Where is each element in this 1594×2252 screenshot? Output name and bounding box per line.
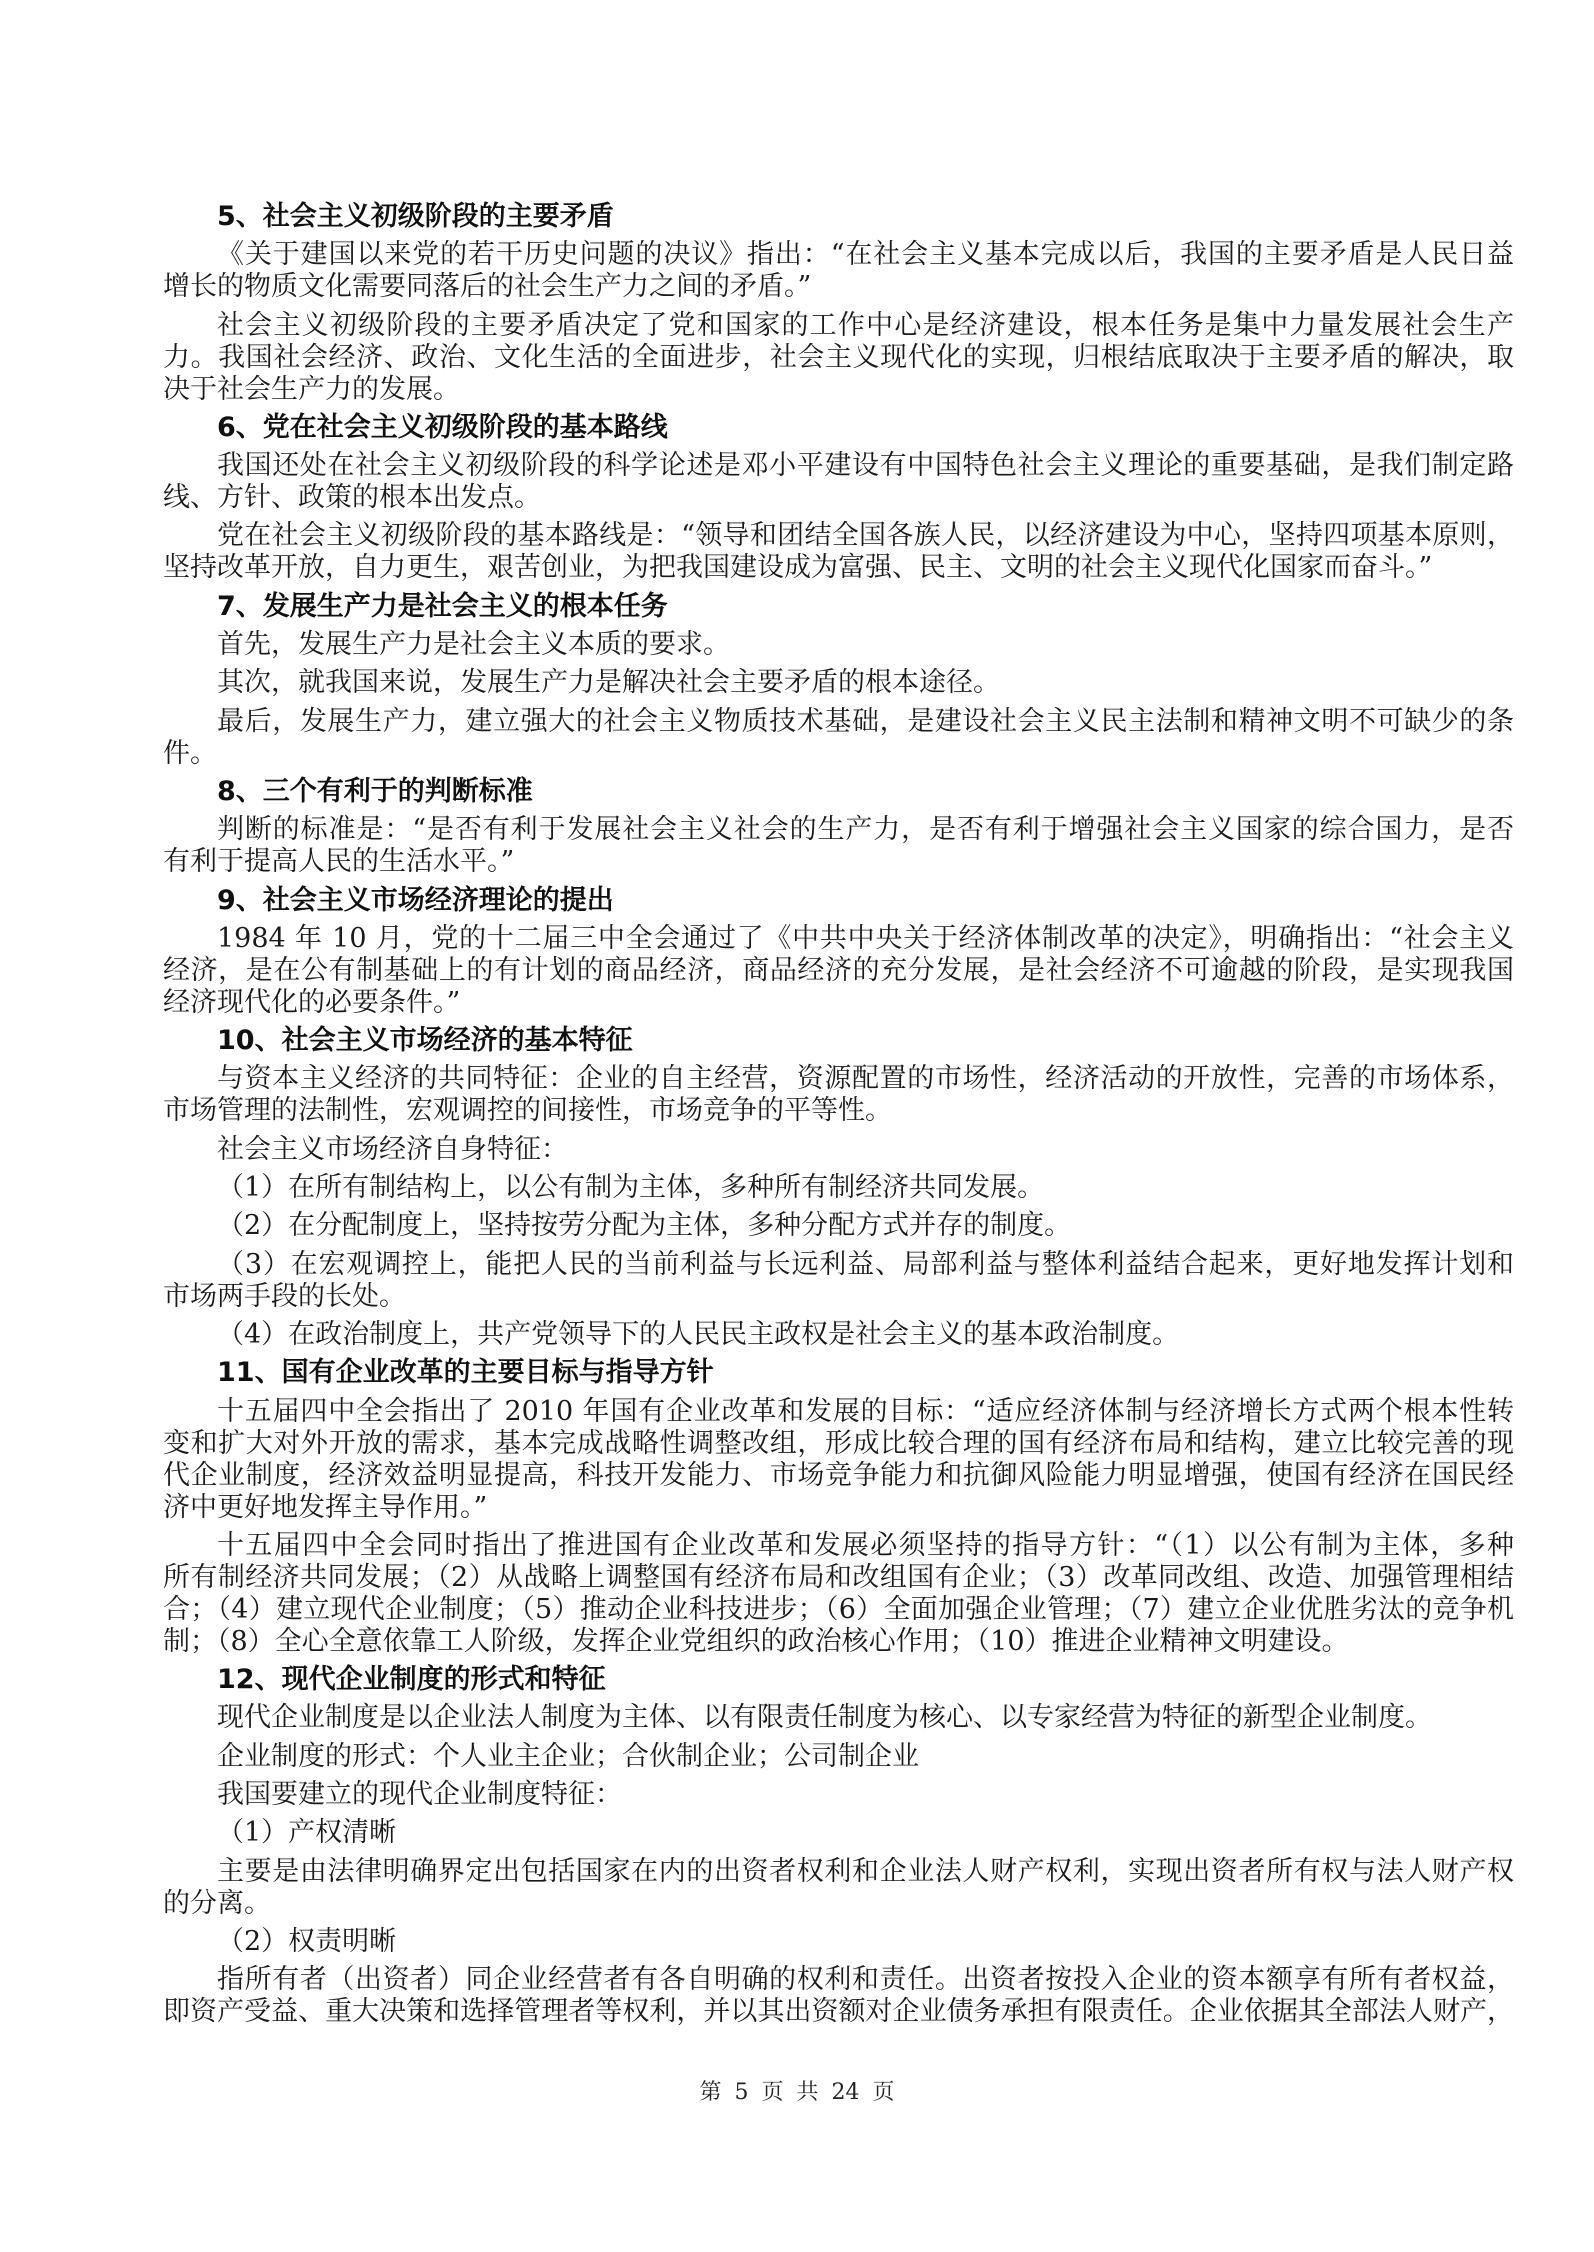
body-paragraph: 首先，发展生产力是社会主义本质的要求。 [163, 629, 1514, 661]
body-paragraph: 我国要建立的现代企业制度特征： [163, 1779, 1514, 1811]
body-paragraph: （2）在分配制度上，坚持按劳分配为主体，多种分配方式并存的制度。 [163, 1210, 1514, 1242]
section-heading: 9、社会主义市场经济理论的提出 [163, 885, 1514, 917]
paragraph-line: 代企业制度，经济效益明显提高，科技开发能力、市场竞争能力和抗御风险能力明显增强，… [163, 1460, 1514, 1492]
paragraph-line: 变和扩大对外开放的需求，基本完成战略性调整改组，形成比较合理的国有经济布局和结构… [163, 1428, 1514, 1460]
paragraph-line: 坚持改革开放，自力更生，艰苦创业，为把我国建设成为富强、民主、文明的社会主义现代… [163, 552, 1514, 584]
paragraph-line: 我国还处在社会主义初级阶段的科学论述是邓小平建设有中国特色社会主义理论的重要基础… [163, 450, 1514, 482]
paragraph-line: 十五届四中全会指出了 2010 年国有企业改革和发展的目标：“适应经济体制与经济… [163, 1396, 1514, 1428]
heading-text: 7、发展生产力是社会主义的根本任务 [163, 591, 1514, 623]
document-page: 5、社会主义初级阶段的主要矛盾《关于建国以来党的若干历史问题的决议》指出：“在社… [0, 0, 1594, 2252]
paragraph-line: 合；（4）建立现代企业制度；（5）推动企业科技进步；（6）全面加强企业管理；（7… [163, 1594, 1514, 1626]
paragraph-line: 社会主义市场经济自身特征： [163, 1134, 1514, 1166]
paragraph-line: 决于社会生产力的发展。 [163, 374, 1514, 406]
paragraph-line: 指所有者（出资者）同企业经营者有各自明确的权利和责任。出资者按投入企业的资本额享… [163, 1964, 1514, 1996]
section-heading: 11、国有企业改革的主要目标与指导方针 [163, 1357, 1514, 1389]
page-content: 5、社会主义初级阶段的主要矛盾《关于建国以来党的若干历史问题的决议》指出：“在社… [163, 201, 1514, 2035]
section-heading: 10、社会主义市场经济的基本特征 [163, 1025, 1514, 1057]
heading-text: 8、三个有利于的判断标准 [163, 776, 1514, 808]
body-paragraph: 最后，发展生产力，建立强大的社会主义物质技术基础，是建设社会主义民主法制和精神文… [163, 706, 1514, 770]
heading-text: 6、党在社会主义初级阶段的基本路线 [163, 412, 1514, 444]
paragraph-line: 《关于建国以来党的若干历史问题的决议》指出：“在社会主义基本完成以后，我国的主要… [163, 239, 1514, 271]
body-paragraph: 我国还处在社会主义初级阶段的科学论述是邓小平建设有中国特色社会主义理论的重要基础… [163, 450, 1514, 514]
section-heading: 5、社会主义初级阶段的主要矛盾 [163, 201, 1514, 233]
paragraph-line: （2）权责明晰 [163, 1926, 1514, 1958]
paragraph-line: 最后，发展生产力，建立强大的社会主义物质技术基础，是建设社会主义民主法制和精神文… [163, 706, 1514, 738]
body-paragraph: 其次，就我国来说，发展生产力是解决社会主要矛盾的根本途径。 [163, 667, 1514, 699]
body-paragraph: （2）权责明晰 [163, 1926, 1514, 1958]
heading-text: 10、社会主义市场经济的基本特征 [163, 1025, 1514, 1057]
paragraph-line: 十五届四中全会同时指出了推进国有企业改革和发展必须坚持的指导方针：“（1）以公有… [163, 1530, 1514, 1562]
body-paragraph: 指所有者（出资者）同企业经营者有各自明确的权利和责任。出资者按投入企业的资本额享… [163, 1964, 1514, 2028]
paragraph-line: 即资产受益、重大决策和选择管理者等权利，并以其出资额对企业债务承担有限责任。企业… [163, 1996, 1514, 2028]
paragraph-line: 现代企业制度是以企业法人制度为主体、以有限责任制度为核心、以专家经营为特征的新型… [163, 1702, 1514, 1734]
paragraph-line: 与资本主义经济的共同特征：企业的自主经营，资源配置的市场性，经济活动的开放性，完… [163, 1063, 1514, 1095]
paragraph-line: 的分离。 [163, 1888, 1514, 1920]
section-heading: 12、现代企业制度的形式和特征 [163, 1664, 1514, 1696]
body-paragraph: （4）在政治制度上，共产党领导下的人民民主政权是社会主义的基本政治制度。 [163, 1319, 1514, 1351]
body-paragraph: 党在社会主义初级阶段的基本路线是：“领导和团结全国各族人民，以经济建设为中心，坚… [163, 520, 1514, 584]
body-paragraph: 社会主义市场经济自身特征： [163, 1134, 1514, 1166]
paragraph-line: （4）在政治制度上，共产党领导下的人民民主政权是社会主义的基本政治制度。 [163, 1319, 1514, 1351]
heading-text: 11、国有企业改革的主要目标与指导方针 [163, 1357, 1514, 1389]
body-paragraph: 十五届四中全会同时指出了推进国有企业改革和发展必须坚持的指导方针：“（1）以公有… [163, 1530, 1514, 1658]
section-heading: 7、发展生产力是社会主义的根本任务 [163, 591, 1514, 623]
body-paragraph: 社会主义初级阶段的主要矛盾决定了党和国家的工作中心是经济建设，根本任务是集中力量… [163, 310, 1514, 406]
body-paragraph: 《关于建国以来党的若干历史问题的决议》指出：“在社会主义基本完成以后，我国的主要… [163, 239, 1514, 303]
paragraph-line: 市场两手段的长处。 [163, 1281, 1514, 1313]
paragraph-line: 件。 [163, 738, 1514, 770]
heading-text: 5、社会主义初级阶段的主要矛盾 [163, 201, 1514, 233]
body-paragraph: 主要是由法律明确界定出包括国家在内的出资者权利和企业法人财产权利，实现出资者所有… [163, 1856, 1514, 1920]
paragraph-line: 经济现代化的必要条件。” [163, 987, 1514, 1019]
page-footer: 第 5 页 共 24 页 [0, 2078, 1594, 2108]
paragraph-line: 制；（8）全心全意依靠工人阶级，发挥企业党组织的政治核心作用；（10）推进企业精… [163, 1626, 1514, 1658]
paragraph-line: 其次，就我国来说，发展生产力是解决社会主要矛盾的根本途径。 [163, 667, 1514, 699]
paragraph-line: （1）产权清晰 [163, 1817, 1514, 1849]
paragraph-line: 1984 年 10 月，党的十二届三中全会通过了《中共中央关于经济体制改革的决定… [163, 923, 1514, 955]
body-paragraph: 与资本主义经济的共同特征：企业的自主经营，资源配置的市场性，经济活动的开放性，完… [163, 1063, 1514, 1127]
paragraph-line: 判断的标准是：“是否有利于发展社会主义社会的生产力，是否有利于增强社会主义国家的… [163, 814, 1514, 846]
paragraph-line: （3）在宏观调控上，能把人民的当前利益与长远利益、局部利益与整体利益结合起来，更… [163, 1249, 1514, 1281]
paragraph-line: 市场管理的法制性，宏观调控的间接性，市场竞争的平等性。 [163, 1095, 1514, 1127]
section-heading: 8、三个有利于的判断标准 [163, 776, 1514, 808]
body-paragraph: 1984 年 10 月，党的十二届三中全会通过了《中共中央关于经济体制改革的决定… [163, 923, 1514, 1019]
paragraph-line: 所有制经济共同发展；（2）从战略上调整国有经济布局和改组国有企业；（3）改革同改… [163, 1562, 1514, 1594]
heading-text: 12、现代企业制度的形式和特征 [163, 1664, 1514, 1696]
body-paragraph: （1）产权清晰 [163, 1817, 1514, 1849]
body-paragraph: （3）在宏观调控上，能把人民的当前利益与长远利益、局部利益与整体利益结合起来，更… [163, 1249, 1514, 1313]
body-paragraph: （1）在所有制结构上，以公有制为主体，多种所有制经济共同发展。 [163, 1172, 1514, 1204]
section-heading: 6、党在社会主义初级阶段的基本路线 [163, 412, 1514, 444]
body-paragraph: 企业制度的形式：个人业主企业；合伙制企业；公司制企业 [163, 1741, 1514, 1773]
paragraph-line: 经济，是在公有制基础上的有计划的商品经济，商品经济的充分发展，是社会经济不可逾越… [163, 955, 1514, 987]
paragraph-line: 我国要建立的现代企业制度特征： [163, 1779, 1514, 1811]
body-paragraph: 十五届四中全会指出了 2010 年国有企业改革和发展的目标：“适应经济体制与经济… [163, 1396, 1514, 1524]
paragraph-line: 有利于提高人民的生活水平。” [163, 846, 1514, 878]
paragraph-line: 济中更好地发挥主导作用。” [163, 1492, 1514, 1524]
heading-text: 9、社会主义市场经济理论的提出 [163, 885, 1514, 917]
paragraph-line: （1）在所有制结构上，以公有制为主体，多种所有制经济共同发展。 [163, 1172, 1514, 1204]
body-paragraph: 现代企业制度是以企业法人制度为主体、以有限责任制度为核心、以专家经营为特征的新型… [163, 1702, 1514, 1734]
body-paragraph: 判断的标准是：“是否有利于发展社会主义社会的生产力，是否有利于增强社会主义国家的… [163, 814, 1514, 878]
paragraph-line: 首先，发展生产力是社会主义本质的要求。 [163, 629, 1514, 661]
paragraph-line: （2）在分配制度上，坚持按劳分配为主体，多种分配方式并存的制度。 [163, 1210, 1514, 1242]
paragraph-line: 社会主义初级阶段的主要矛盾决定了党和国家的工作中心是经济建设，根本任务是集中力量… [163, 310, 1514, 342]
paragraph-line: 企业制度的形式：个人业主企业；合伙制企业；公司制企业 [163, 1741, 1514, 1773]
paragraph-line: 党在社会主义初级阶段的基本路线是：“领导和团结全国各族人民，以经济建设为中心，坚… [163, 520, 1514, 552]
paragraph-line: 主要是由法律明确界定出包括国家在内的出资者权利和企业法人财产权利，实现出资者所有… [163, 1856, 1514, 1888]
paragraph-line: 线、方针、政策的根本出发点。 [163, 482, 1514, 514]
paragraph-line: 增长的物质文化需要同落后的社会生产力之间的矛盾。” [163, 271, 1514, 303]
paragraph-line: 力。我国社会经济、政治、文化生活的全面进步，社会主义现代化的实现，归根结底取决于… [163, 342, 1514, 374]
